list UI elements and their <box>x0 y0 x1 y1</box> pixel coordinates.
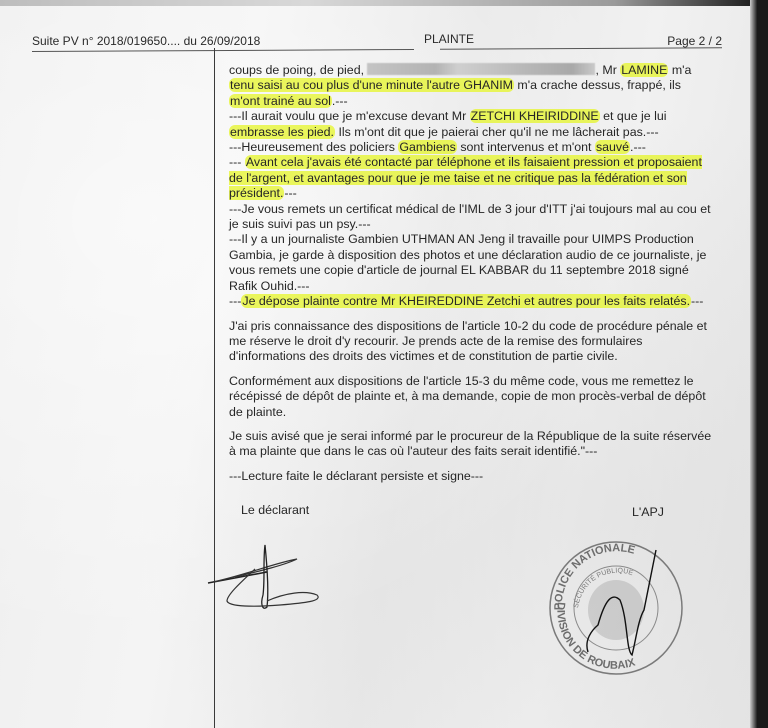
declarant-label: Le déclarant <box>241 503 309 517</box>
highlighted-text: Avant cela j'avais été contacté par télé… <box>229 155 702 200</box>
highlighted-text: embrasse les pied. <box>229 125 335 139</box>
statement-paragraph: ---Il aurait voulu que je m'excuse devan… <box>229 109 719 140</box>
highlighted-text: Je dépose plainte contre Mr KHEIREDDINE … <box>241 294 691 308</box>
photo-edge <box>0 0 768 6</box>
pv-reference: Suite PV n° 2018/019650.... du 26/09/201… <box>32 34 260 48</box>
legal-paragraph: Conformément aux dispositions de l'artic… <box>229 374 719 420</box>
statement-paragraph: ---Il y a un journaliste Gambien UTHMAN … <box>229 232 719 294</box>
legal-paragraph: Je suis avisé que je serai informé par l… <box>229 429 719 460</box>
statement-paragraph: ---Je vous remets un certificat médical … <box>229 202 719 233</box>
statement-body: coups de poing, de pied, , Mr LAMINE m'a… <box>229 63 719 484</box>
highlighted-text: m'ont trainé au sol <box>229 94 332 108</box>
header-rule <box>440 47 722 49</box>
document-header: Suite PV n° 2018/019650.... du 26/09/201… <box>32 32 722 50</box>
statement-paragraph: coups de poing, de pied, , Mr LAMINE m'a… <box>229 63 719 109</box>
document-title: PLAINTE <box>424 32 474 46</box>
highlighted-text: ZETCHI KHEIRIDDINE <box>470 109 600 123</box>
apj-label: L'APJ <box>632 505 664 519</box>
redacted-text <box>367 63 595 75</box>
statement-paragraph: ---Je dépose plainte contre Mr KHEIREDDI… <box>229 294 719 309</box>
police-stamp: POLICE NATIONALE SÉCURITÉ PUBLIQUE DIVIS… <box>540 530 690 680</box>
highlighted-text: Gambiens <box>398 140 456 154</box>
highlighted-text: LAMINE <box>620 63 668 77</box>
closing-line: ---Lecture faite le déclarant persiste e… <box>229 469 719 484</box>
margin-line <box>214 48 215 728</box>
highlighted-text: tenu saisi au cou plus d'une minute l'au… <box>229 78 514 92</box>
page-number: Page 2 / 2 <box>667 34 722 48</box>
highlighted-text: sauvé <box>595 140 630 154</box>
background-edge <box>750 0 768 728</box>
declarant-signature <box>205 535 325 615</box>
statement-paragraph: --- Avant cela j'avais été contacté par … <box>229 155 719 201</box>
statement-paragraph: ---Heureusement des policiers Gambiens s… <box>229 140 719 155</box>
legal-paragraph: J'ai pris connaissance des dispositions … <box>229 319 719 365</box>
